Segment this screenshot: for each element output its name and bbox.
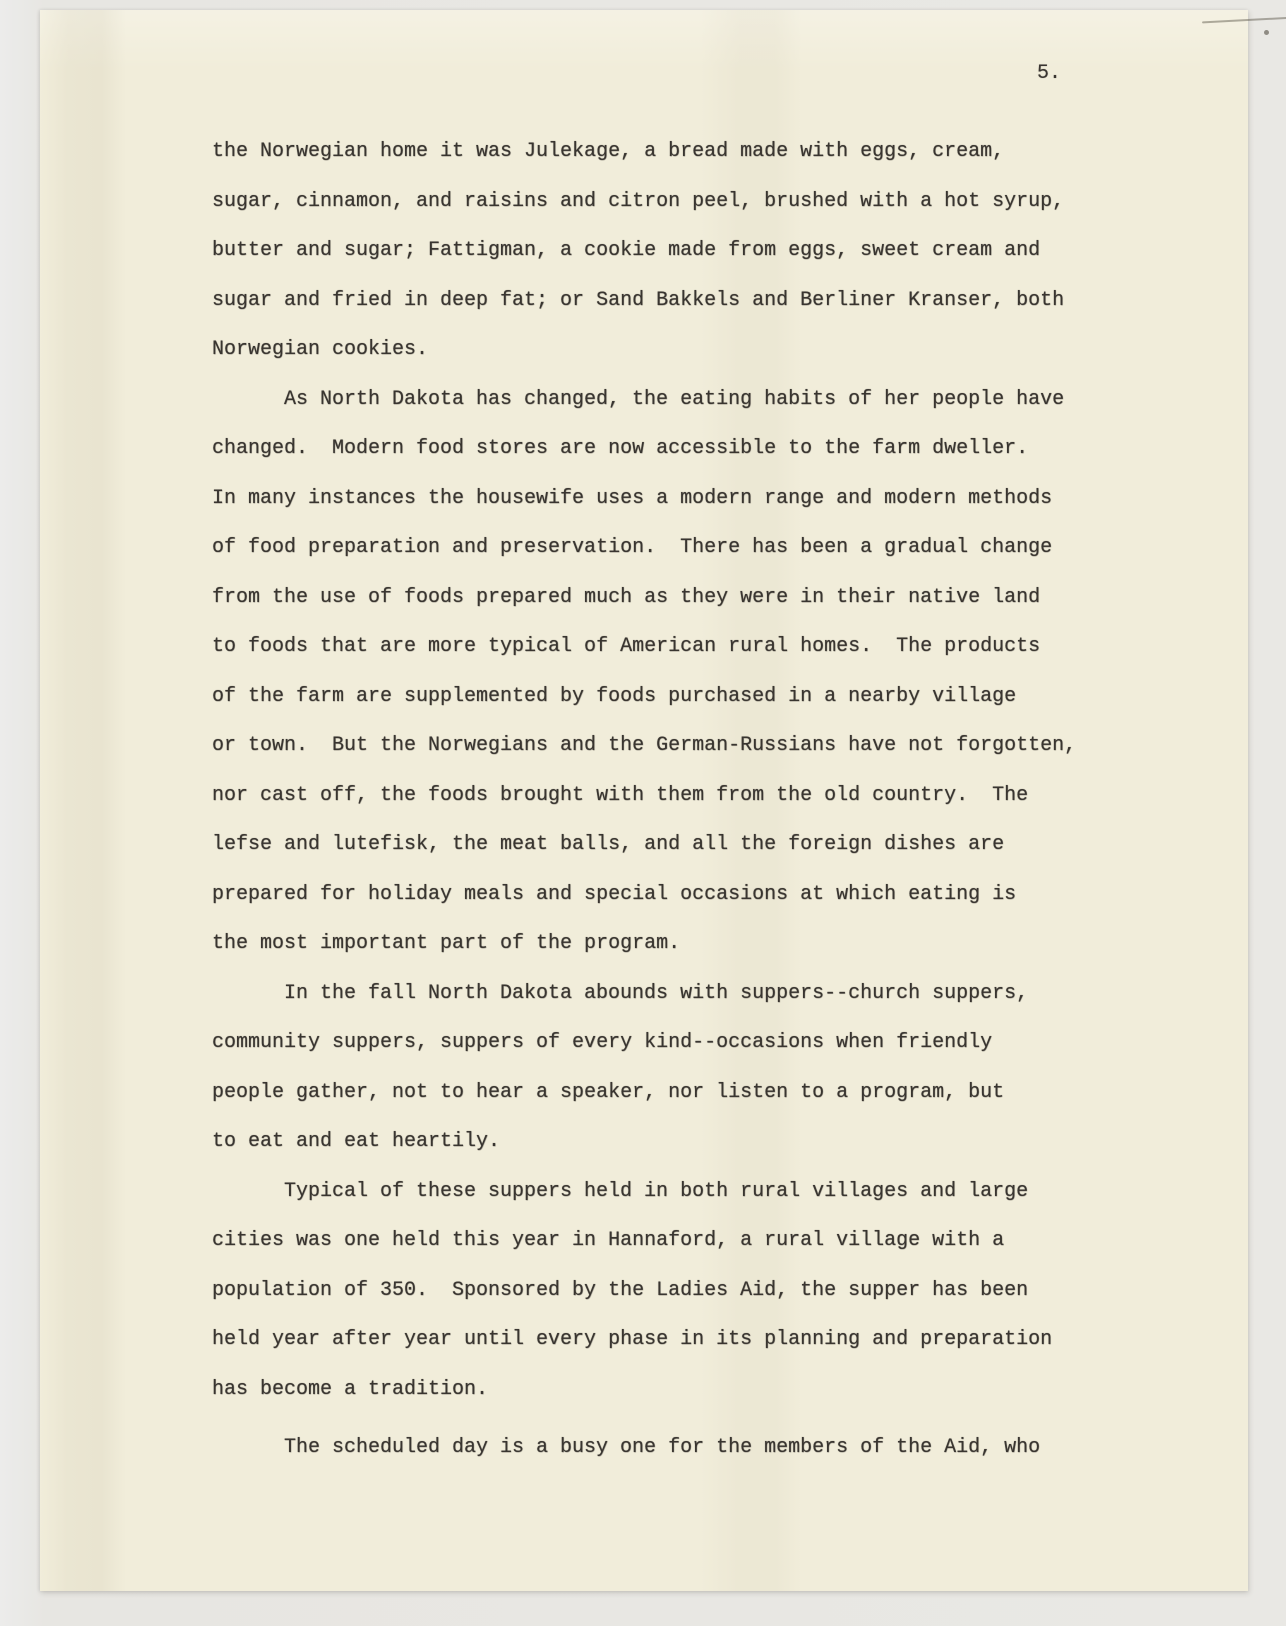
text-line: prepared for holiday meals and special o… xyxy=(212,870,1172,920)
text-line: cities was one held this year in Hannafo… xyxy=(212,1216,1172,1266)
text-line: Norwegian cookies. xyxy=(212,325,1172,375)
page-number: 5. xyxy=(1037,62,1061,85)
text-line: Typical of these suppers held in both ru… xyxy=(212,1167,1172,1217)
text-line: from the use of foods prepared much as t… xyxy=(212,573,1172,623)
paper-sheet: 5. the Norwegian home it was Julekage, a… xyxy=(40,10,1248,1591)
text-line: or town. But the Norwegians and the Germ… xyxy=(212,721,1172,771)
text-line: sugar, cinnamon, and raisins and citron … xyxy=(212,177,1172,227)
text-line: In the fall North Dakota abounds with su… xyxy=(212,969,1172,1019)
text-line: people gather, not to hear a speaker, no… xyxy=(212,1068,1172,1118)
text-line: sugar and fried in deep fat; or Sand Bak… xyxy=(212,276,1172,326)
text-line: has become a tradition. xyxy=(212,1365,1172,1415)
paragraph: Typical of these suppers held in both ru… xyxy=(212,1167,1172,1415)
text-line: population of 350. Sponsored by the Ladi… xyxy=(212,1266,1172,1316)
text-line: In many instances the housewife uses a m… xyxy=(212,474,1172,524)
paragraph: As North Dakota has changed, the eating … xyxy=(212,375,1172,969)
text-line: butter and sugar; Fattigman, a cookie ma… xyxy=(212,226,1172,276)
text-line: to eat and eat heartily. xyxy=(212,1117,1172,1167)
scanned-typescript-page: { "document": { "page_number": "5.", "pa… xyxy=(0,0,1286,1626)
text-line: community suppers, suppers of every kind… xyxy=(212,1018,1172,1068)
text-line: As North Dakota has changed, the eating … xyxy=(212,375,1172,425)
paragraph: The scheduled day is a busy one for the … xyxy=(212,1423,1172,1473)
text-line: nor cast off, the foods brought with the… xyxy=(212,771,1172,821)
typed-text-block: the Norwegian home it was Julekage, a br… xyxy=(212,127,1172,1473)
text-line: the most important part of the program. xyxy=(212,919,1172,969)
paragraph: the Norwegian home it was Julekage, a br… xyxy=(212,127,1172,375)
scan-speck-artifact xyxy=(1264,30,1269,35)
paragraph: In the fall North Dakota abounds with su… xyxy=(212,969,1172,1167)
text-line: of food preparation and preservation. Th… xyxy=(212,523,1172,573)
text-line: the Norwegian home it was Julekage, a br… xyxy=(212,127,1172,177)
text-line: held year after year until every phase i… xyxy=(212,1315,1172,1365)
text-line: to foods that are more typical of Americ… xyxy=(212,622,1172,672)
text-line: The scheduled day is a busy one for the … xyxy=(212,1423,1172,1473)
scan-scratch-artifact xyxy=(1202,17,1286,24)
text-line: lefse and lutefisk, the meat balls, and … xyxy=(212,820,1172,870)
text-line: of the farm are supplemented by foods pu… xyxy=(212,672,1172,722)
text-line: changed. Modern food stores are now acce… xyxy=(212,424,1172,474)
